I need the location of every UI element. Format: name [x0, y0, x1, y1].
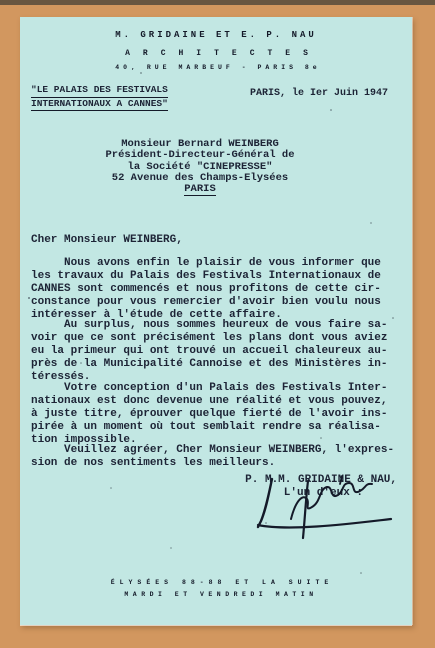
letterhead-firm-name: M. GRIDAINE ET E. P. NAU	[20, 30, 412, 40]
footer-phone-line: ÉLYSÉES 88-88 ET LA SUITE	[26, 579, 418, 586]
letterhead-address: 40, RUE MARBEUF - PARIS 8e	[22, 64, 414, 71]
speck	[110, 487, 112, 489]
subject-line-1: "LE PALAIS DES FESTIVALS	[31, 84, 168, 98]
speck	[392, 317, 394, 319]
speck	[370, 222, 372, 224]
scanned-letter-photo: M. GRIDAINE ET E. P. NAU ARCHITECTES 40,…	[0, 0, 435, 648]
body-paragraph-2: Au surplus, nous sommes heureux de vous …	[31, 319, 407, 384]
speck	[28, 297, 30, 299]
speck	[320, 437, 322, 439]
body-paragraph-4: Veuillez agréer, Cher Monsieur WEINBERG,…	[31, 444, 407, 470]
salutation: Cher Monsieur WEINBERG,	[31, 234, 183, 246]
scan-edge	[0, 0, 435, 5]
speck	[265, 522, 267, 524]
dateline: PARIS, le Ier Juin 1947	[250, 88, 388, 99]
speck	[80, 362, 82, 364]
recipient-block: Monsieur Bernard WEINBERG Président-Dire…	[90, 139, 310, 196]
speck	[230, 167, 232, 169]
footer-hours-line: MARDI ET VENDREDI MATIN	[25, 591, 417, 598]
body-paragraph-1: Nous avons enfin le plaisir de vous info…	[31, 257, 407, 322]
speck	[170, 547, 172, 549]
handwritten-signature	[245, 475, 405, 547]
letterhead-profession: ARCHITECTES	[27, 49, 419, 58]
speck	[44, 289, 46, 291]
letter-paper: M. GRIDAINE ET E. P. NAU ARCHITECTES 40,…	[20, 17, 412, 625]
speck	[140, 72, 142, 74]
body-paragraph-3: Votre conception d'un Palais des Festiva…	[31, 382, 407, 447]
recipient-city: PARIS	[90, 184, 310, 196]
subject-heading: "LE PALAIS DES FESTIVALS INTERNATIONAUX …	[31, 84, 168, 111]
speck	[330, 109, 332, 111]
speck	[360, 572, 362, 574]
recipient-title: Président-Directeur-Général de	[90, 150, 310, 161]
subject-line-2: INTERNATIONAUX A CANNES"	[31, 98, 168, 112]
